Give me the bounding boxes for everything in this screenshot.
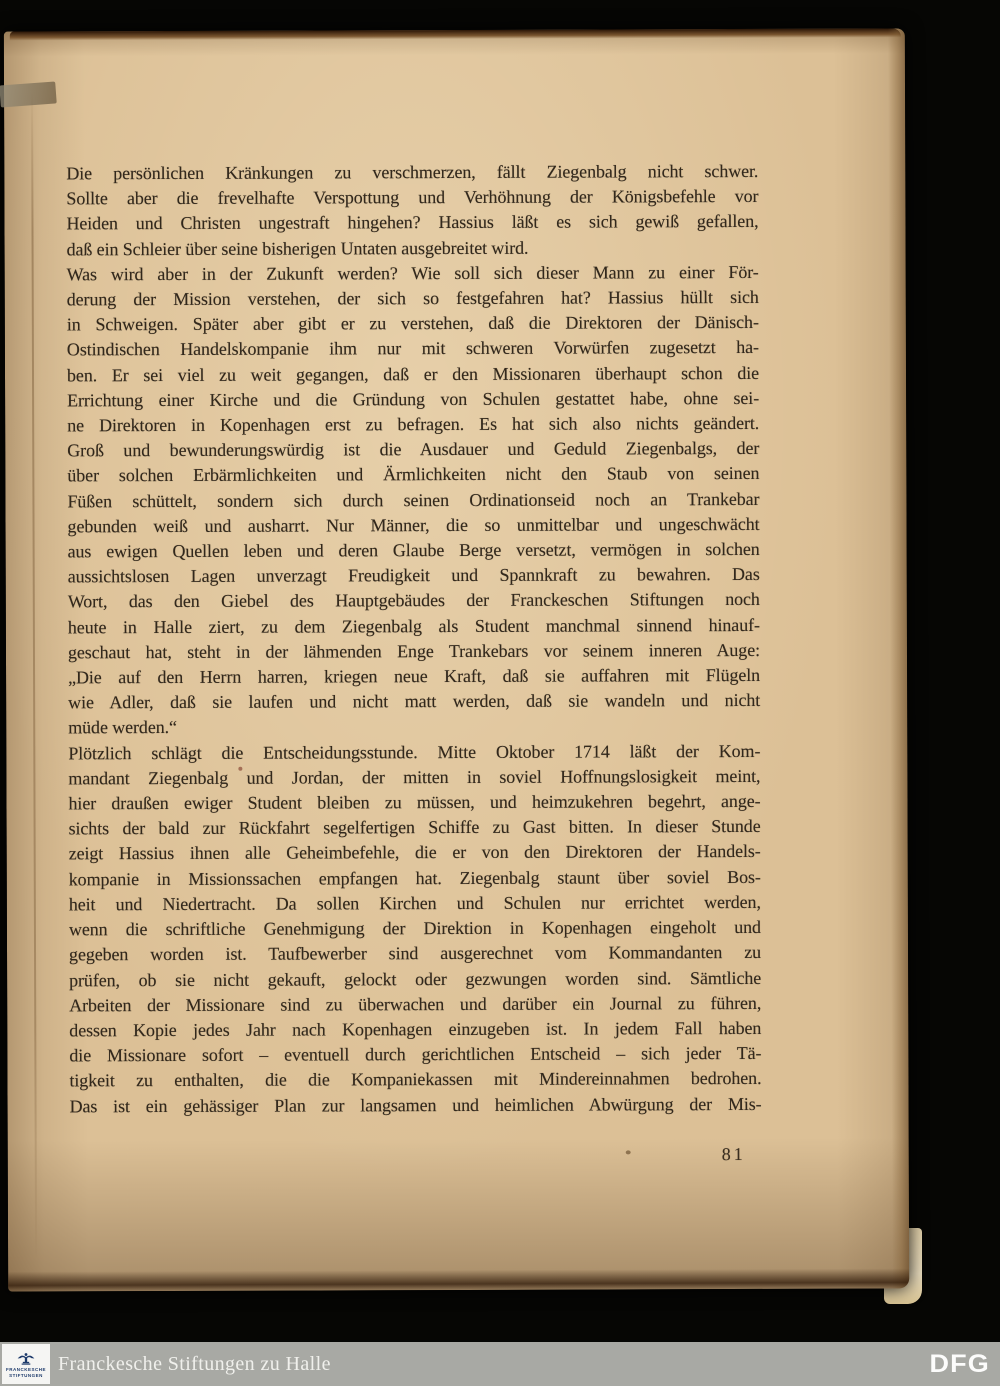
text-block: Die persönlichen Kränkungen zu verschmer… — [66, 159, 761, 1119]
text-line: wenn die schriftliche Genehmigung der Di… — [69, 915, 761, 943]
book-page: Die persönlichen Kränkungen zu verschmer… — [4, 28, 909, 1291]
dfg-logo: DFG — [930, 1342, 990, 1386]
text-line: Errichtung einer Kirche und die Gründung… — [67, 386, 759, 414]
text-line: mandant Ziegenbalg und Jordan, der mitte… — [68, 764, 760, 792]
text-line: sichts der bald zur Rückfahrt segelferti… — [69, 814, 761, 842]
logo-text-line2: STIFTUNGEN — [9, 1373, 43, 1378]
text-line: hier draußen ewiger Student bleiben zu m… — [68, 789, 760, 817]
text-line: heit und Niedertracht. Da sollen Kirchen… — [69, 890, 761, 918]
text-line: zeigt Hassius ihnen alle Geheimbefehle, … — [69, 839, 761, 867]
text-line: geschaut hat, steht in der lähmenden Eng… — [68, 638, 760, 666]
text-line: Was wird aber in der Zukunft werden? Wie… — [67, 260, 759, 288]
page-fold-crease — [31, 91, 37, 1261]
scan-background: Die persönlichen Kränkungen zu verschmer… — [0, 0, 1000, 1386]
text-line: Wort, das den Giebel des Hauptgebäudes d… — [68, 587, 760, 615]
institution-title: Franckesche Stiftungen zu Halle — [58, 1342, 331, 1386]
page-number: 81 — [722, 1144, 746, 1165]
franckesche-stiftungen-logo: FRANCKESCHE STIFTUNGEN — [2, 1344, 50, 1384]
text-line: tigkeit zu enthalten, die die Kompanieka… — [69, 1066, 761, 1094]
text-line: aussichtslosen Lagen unverzagt Freudigke… — [68, 562, 760, 590]
eagle-icon — [15, 1351, 37, 1366]
page-top-edge — [10, 28, 901, 40]
logo-text-line1: FRANCKESCHE — [6, 1367, 46, 1372]
text-line: kompanie in Missionssachen empfangen hat… — [69, 865, 761, 893]
footer-bar: FRANCKESCHE STIFTUNGEN Franckesche Stift… — [0, 1342, 1000, 1386]
text-line: daß ein Schleier über seine bisherigen U… — [67, 235, 759, 263]
text-line: Groß und bewunderungswürdig ist die Ausd… — [67, 436, 759, 464]
text-line: Füßen schüttelt, sondern sich durch sein… — [67, 487, 759, 515]
text-line: ben. Er sei viel zu weit gegangen, daß e… — [67, 361, 759, 389]
paper-speck — [238, 767, 242, 771]
text-line: Heiden und Christen ungestraft hingehen?… — [66, 209, 758, 237]
spine-tape-remnant — [0, 81, 57, 107]
text-line: prüfen, ob sie nicht gekauft, gelockt od… — [69, 965, 761, 993]
text-line: die Missionare sofort – eventuell durch … — [69, 1041, 761, 1069]
text-line: Das ist ein gehässiger Plan zur langsame… — [70, 1091, 762, 1119]
text-line: gegeben worden ist. Taufbewerber sind au… — [69, 940, 761, 968]
text-line: derung der Mission verstehen, der sich s… — [67, 285, 759, 313]
text-line: dessen Kopie jedes Jahr nach Kopenhagen … — [69, 1016, 761, 1044]
text-line: Plötzlich schlägt die Entscheidungsstund… — [68, 739, 760, 767]
text-line: in Schweigen. Später aber gibt er zu ver… — [67, 310, 759, 338]
text-line: ne Direktoren in Kopenhagen erst zu befr… — [67, 411, 759, 439]
text-line: Ostindischen Handelskompanie ihm nur mit… — [67, 335, 759, 363]
text-line: gebunden weiß und ausharrt. Nur Männer, … — [67, 512, 759, 540]
text-line: wie Adler, daß sie laufen und nicht matt… — [68, 688, 760, 716]
text-line: über solchen Erbärmlichkeiten und Ärmlic… — [67, 461, 759, 489]
text-line: „Die auf den Herrn harren, kriegen neue … — [68, 663, 760, 691]
text-line: Arbeiten der Missionare sind zu überwach… — [69, 991, 761, 1019]
text-line: müde werden.“ — [68, 713, 760, 741]
page-bottom-edge — [8, 1268, 909, 1291]
text-line: heute in Halle ziert, zu dem Ziegenbalg … — [68, 613, 760, 641]
page-right-edge — [888, 28, 909, 1288]
text-line: Sollte aber die frevelhafte Verspottung … — [66, 184, 758, 212]
text-line: aus ewigen Quellen leben und deren Glaub… — [68, 537, 760, 565]
paper-speck — [626, 1150, 631, 1154]
text-line: Die persönlichen Kränkungen zu verschmer… — [66, 159, 758, 187]
